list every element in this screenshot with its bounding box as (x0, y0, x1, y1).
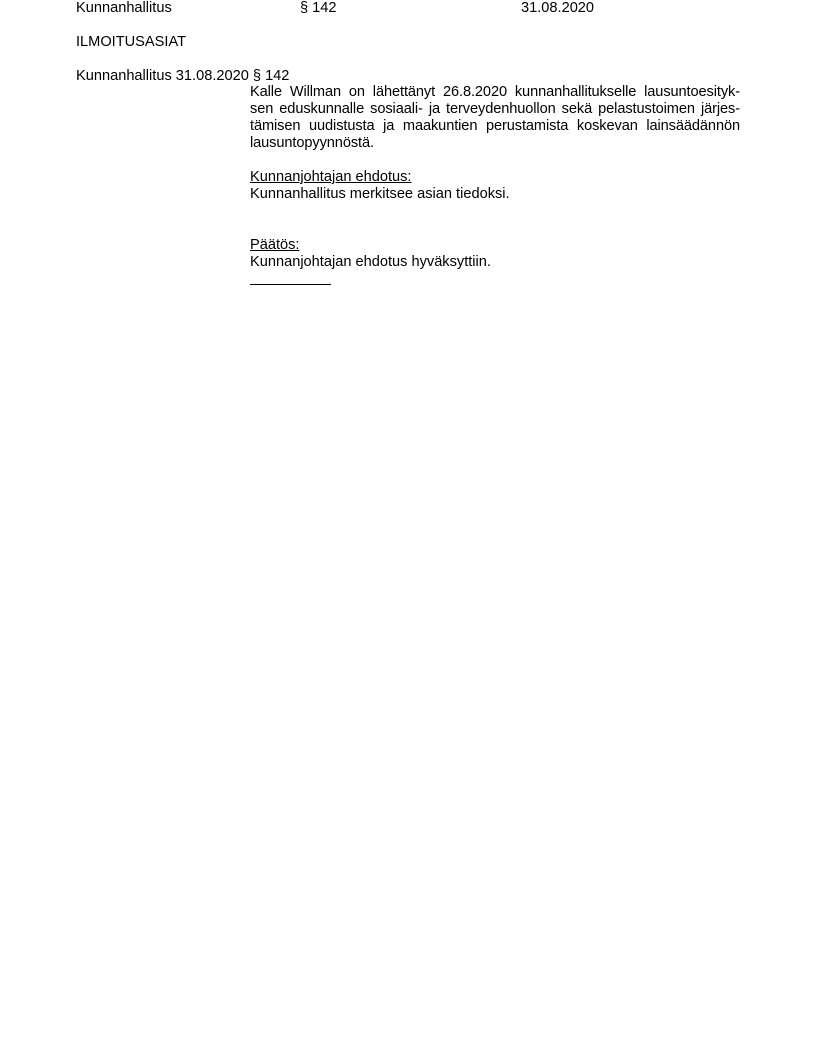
proposal-text: Kunnanhallitus merkitsee asian tiedoksi. (250, 186, 740, 203)
proposal-heading: Kunnanjohtajan ehdotus: (250, 169, 740, 186)
description-paragraph: Kalle Willman on lähettänyt 26.8.2020 ku… (250, 84, 740, 152)
header-body-name: Kunnanhallitus (76, 0, 172, 16)
decision-heading: Päätös: (250, 237, 740, 254)
closing-underline (250, 284, 331, 285)
decision-text: Kunnanjohtajan ehdotus hyväksyttiin. (250, 254, 740, 271)
header-meeting-date: 31.08.2020 (521, 0, 594, 16)
description-line: tämisen uudistusta ja maakuntien perusta… (250, 118, 740, 135)
description-line: Kalle Willman on lähettänyt 26.8.2020 ku… (250, 84, 740, 101)
description-line: sen eduskunnalle sosiaali- ja terveydenh… (250, 101, 740, 118)
header-paragraph-number: § 142 (300, 0, 337, 16)
section-title: ILMOITUSASIAT (76, 34, 186, 50)
item-reference: Kunnanhallitus 31.08.2020 § 142 (76, 68, 289, 84)
description-line: lausuntopyynnöstä. (250, 135, 740, 152)
item-content: Kalle Willman on lähettänyt 26.8.2020 ku… (250, 84, 740, 285)
